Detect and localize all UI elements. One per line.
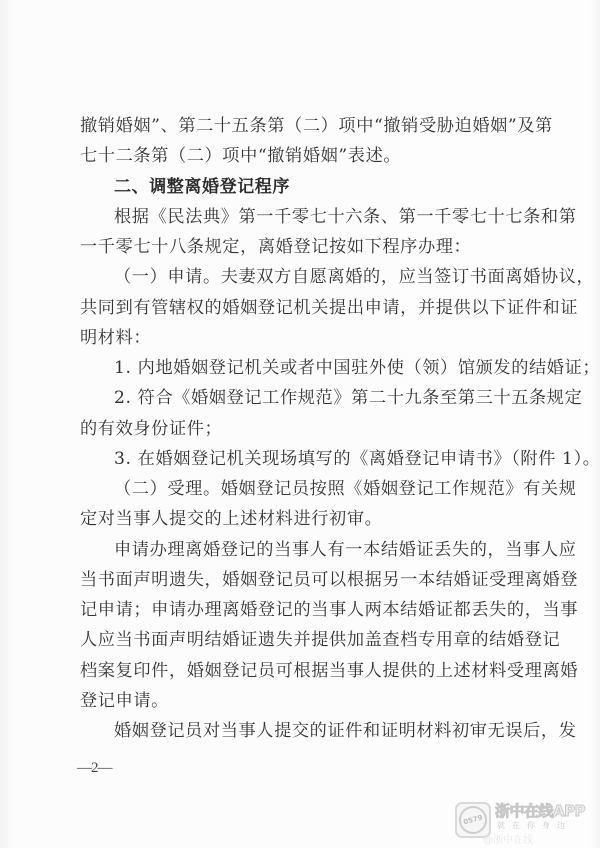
text-line: 撤销婚姻”、第二十五条第（二）项中“撤销受胁迫婚姻”及第 <box>80 111 524 141</box>
subsection-line: （二）受理。婚姻登记员按照《婚姻登记工作规范》有关规 <box>80 474 524 504</box>
list-item: 1. 内地婚姻登记机关或者中国驻外使（领）馆颁发的结婚证； <box>80 353 524 383</box>
text-line: 根据《民法典》第一千零七十六条、第一千零七十七条和第 <box>80 202 524 232</box>
list-item: 2. 符合《婚姻登记工作规范》第二十九条至第三十五条规定 <box>80 383 524 413</box>
text-line: 明材料： <box>80 323 524 353</box>
document-page: 撤销婚姻”、第二十五条第（二）项中“撤销受胁迫婚姻”及第 七十二条第（二）项中“… <box>0 0 600 848</box>
page-number: —2— <box>77 760 112 777</box>
document-body: 撤销婚姻”、第二十五条第（二）项中“撤销受胁迫婚姻”及第 七十二条第（二）项中“… <box>80 111 524 746</box>
text-line: 一千零七十八条规定，离婚登记按如下程序办理： <box>80 232 524 262</box>
list-item: 3. 在婚姻登记机关现场填写的《离婚登记申请书》（附件 1）。 <box>80 444 524 474</box>
text-line: 定对当事人提交的上述材料进行初审。 <box>80 504 524 534</box>
text-line: 人应当书面声明结婚证遗失并提供加盖查档专用章的结婚登记 <box>80 625 524 655</box>
text-line: 七十二条第（二）项中“撤销婚姻”表述。 <box>80 141 524 171</box>
text-line: 共同到有管辖权的婚姻登记机关提出申请，并提供以下证件和证 <box>80 293 524 323</box>
section-heading: 二、调整离婚登记程序 <box>80 172 524 202</box>
subsection-line: （一）申请。夫妻双方自愿离婚的，应当签订书面离婚协议， <box>80 262 524 292</box>
text-line: 的有效身份证件； <box>80 414 524 444</box>
watermark-subtitle: 就在你身边 <box>497 820 572 831</box>
watermark: 0579 浙中在线APP 就在你身边 @浙中在线 <box>455 800 595 844</box>
watermark-title: 浙中在线APP <box>495 800 585 821</box>
text-line: 档案复印件，婚姻登记员可根据当事人提供的上述材料受理离婚 <box>80 656 524 686</box>
text-line: 申请办理离婚登记的当事人有一本结婚证丢失的，当事人应 <box>80 535 524 565</box>
text-line: 记申请；申请办理离婚登记的当事人两本结婚证都丢失的，当事 <box>80 595 524 625</box>
weibo-handle: @浙中在线 <box>483 831 533 846</box>
text-line: 登记申请。 <box>80 686 524 716</box>
text-line: 当书面声明遗失，婚姻登记员可以根据另一本结婚证受理离婚登 <box>80 565 524 595</box>
text-line: 婚姻登记员对当事人提交的证件和证明材料初审无误后，发 <box>80 716 524 746</box>
